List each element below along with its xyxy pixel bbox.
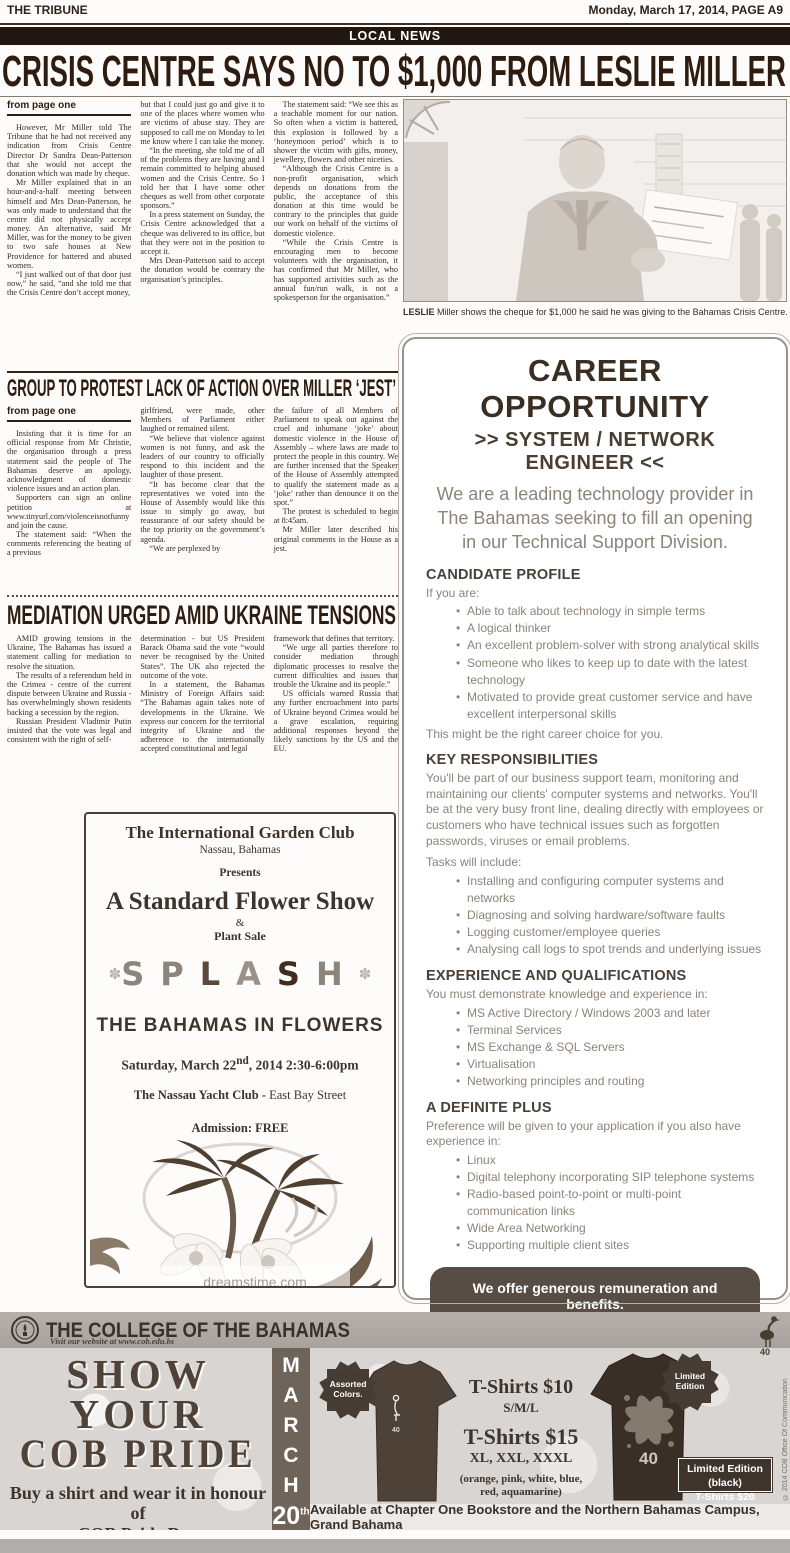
article-column: determination - but US President Barack … xyxy=(140,634,264,806)
paragraph: determination - but US President Barack … xyxy=(140,634,264,680)
paragraph: The results of a referendum held in the … xyxy=(7,671,131,717)
headline-protest: GROUP TO PROTEST LACK OF ACTION OVER MIL… xyxy=(7,375,398,403)
paragraph: The protest is scheduled to begin at 8:4… xyxy=(274,507,398,525)
paragraph: “While the Crisis Centre is encouraging … xyxy=(274,238,398,302)
article-column: AMID growing tensions in the Ukraine, Th… xyxy=(7,634,131,806)
svg-text:MEDIATION URGED AMID UKRAINE T: MEDIATION URGED AMID UKRAINE TENSIONS xyxy=(7,600,396,630)
flower-show-title: A Standard Flower Show xyxy=(86,888,394,916)
article-column: from page one However, Mr Miller told Th… xyxy=(7,100,131,368)
paragraph: AMID growing tensions in the Ukraine, Th… xyxy=(7,634,131,671)
section-heading-experience: EXPERIENCE AND QUALIFICATIONS xyxy=(426,968,764,984)
paragraph: Insisting that it is time for an officia… xyxy=(7,429,131,493)
flower-icon: ✽ xyxy=(359,965,372,983)
garden-club-location: Nassau, Bahamas xyxy=(86,844,394,856)
dotted-divider xyxy=(7,595,398,597)
section-heading-candidate-profile: CANDIDATE PROFILE xyxy=(426,567,764,583)
article-column: The statement said: “We see this as a te… xyxy=(274,100,398,368)
svg-text:40: 40 xyxy=(760,1347,770,1356)
section-lead: Preference will be given to your applica… xyxy=(426,1119,764,1150)
photo-caption: LESLIE Miller shows the cheque for $1,00… xyxy=(403,307,787,317)
bullet-item: MS Active Directory / Windows 2003 and l… xyxy=(456,1005,764,1022)
show-theme: THE BAHAMAS IN FLOWERS xyxy=(86,1015,394,1037)
plant-sale-label: Plant Sale xyxy=(86,929,394,944)
section-lead: Tasks will include: xyxy=(426,855,764,871)
bullet-item: Motivated to provide great customer serv… xyxy=(456,689,764,723)
cob-pride-slogan: SHOW YOUR COB PRIDE Buy a shirt and wear… xyxy=(8,1354,268,1530)
paragraph: In a press statement on Sunday, the Cris… xyxy=(140,210,264,256)
cob-banner-header: THE COLLEGE OF THE BAHAMAS Visit our web… xyxy=(0,1312,790,1348)
bullet-item: Analysing call logs to spot trends and u… xyxy=(456,941,764,958)
section-heading-key-responsibilities: KEY RESPONSIBILITIES xyxy=(426,752,764,768)
bullet-item: Supporting multiple client sites xyxy=(456,1237,764,1254)
bullet-item: Terminal Services xyxy=(456,1022,764,1039)
bullet-list: Linux Digital telephony incorporating SI… xyxy=(456,1152,764,1254)
section-lead: You'll be part of our business support t… xyxy=(426,771,764,849)
career-title: CAREER OPPORTUNITY xyxy=(426,353,764,425)
leslie-miller-photo xyxy=(403,99,787,302)
article-crisis-centre: from page one However, Mr Miller told Th… xyxy=(7,100,398,368)
bullet-list: Able to talk about technology in simple … xyxy=(456,603,764,722)
svg-text:40: 40 xyxy=(392,1427,400,1434)
svg-text:CRISIS CENTRE SAYS NO TO $1,00: CRISIS CENTRE SAYS NO TO $1,000 FROM LES… xyxy=(2,47,786,93)
limited-edition-badge: Limited Edition xyxy=(662,1354,718,1410)
paragraph: framework that defines that territory. xyxy=(274,634,398,643)
paragraph: Mr Miller later described his original c… xyxy=(274,525,398,553)
masthead-title: THE TRIBUNE xyxy=(7,3,88,22)
paragraph: the failure of all Members of Parliament… xyxy=(274,406,398,507)
assorted-colors-badge: Assorted Colors. xyxy=(320,1362,376,1418)
article-divider xyxy=(7,371,398,373)
career-intro: We are a leading technology provider in … xyxy=(428,483,762,555)
bullet-list: Installing and configuring computer syst… xyxy=(456,873,764,958)
paragraph: “It has become clear that the representa… xyxy=(140,480,264,544)
masthead-rule xyxy=(0,23,790,25)
tshirt-prices: T-Shirts $10 S/M/L T-Shirts $15 XL, XXL,… xyxy=(458,1376,584,1499)
bullet-item: Able to talk about technology in simple … xyxy=(456,603,764,620)
splash-title: ✽SPLASH✽ xyxy=(86,955,394,993)
bullet-item: Wide Area Networking xyxy=(456,1220,764,1237)
paragraph: However, Mr Miller told The Tribune that… xyxy=(7,123,131,178)
bullet-item: A logical thinker xyxy=(456,620,764,637)
bullet-item: Radio-based point-to-point or multi-poin… xyxy=(456,1186,764,1220)
flower-icon: ✽ xyxy=(109,965,122,983)
section-banner: LOCAL NEWS xyxy=(0,27,790,45)
article-column: framework that defines that territory. “… xyxy=(274,634,398,806)
svg-text:dreamstime.com: dreamstime.com xyxy=(203,1274,306,1289)
article-column: from page one Insisting that it is time … xyxy=(7,406,131,612)
article-column: but that I could just go and give it to … xyxy=(140,100,264,368)
section-lead: If you are: xyxy=(426,586,764,602)
svg-text:40: 40 xyxy=(639,1449,658,1468)
paragraph: US officials warned Russia that any furt… xyxy=(274,689,398,753)
article-column: the failure of all Members of Parliament… xyxy=(274,406,398,612)
show-date: Saturday, March 22nd, 2014 2:30-6:00pm xyxy=(86,1055,394,1074)
benefits-line: We offer generous remuneration and benef… xyxy=(442,1280,748,1312)
career-subtitle: >> SYSTEM / NETWORK ENGINEER << xyxy=(426,429,764,475)
cob-banner-ad: THE COLLEGE OF THE BAHAMAS Visit our web… xyxy=(0,1312,790,1530)
paragraph: girlfriend, were made, other Members of … xyxy=(140,406,264,434)
cob-seal-icon xyxy=(10,1315,40,1345)
limited-edition-price-box: Limited Edition (black) T-Shirts $20 xyxy=(678,1458,772,1492)
article-ukraine: AMID growing tensions in the Ukraine, Th… xyxy=(7,634,398,806)
paragraph: “We believe that violence against women … xyxy=(140,434,264,480)
section-lead: You must demonstrate knowledge and exper… xyxy=(426,987,764,1003)
march-date-column: MARCH 20th xyxy=(272,1348,310,1530)
garden-club-ad: The International Garden Club Nassau, Ba… xyxy=(84,812,396,1288)
paragraph: Russian President Vladimir Putin insiste… xyxy=(7,717,131,745)
photo-graphic xyxy=(404,100,786,301)
garden-club-name: The International Garden Club xyxy=(86,823,394,843)
bullet-item: Logging customer/employee queries xyxy=(456,924,764,941)
section-heading-definite-plus: A DEFINITE PLUS xyxy=(426,1100,764,1116)
headline-ukraine: MEDIATION URGED AMID UKRAINE TENSIONS xyxy=(7,600,398,631)
section-footer: This might be the right career choice fo… xyxy=(426,727,764,743)
paragraph: In a statement, the Bahamas Ministry of … xyxy=(140,680,264,754)
show-venue: The Nassau Yacht Club - East Bay Street xyxy=(86,1088,394,1103)
svg-text:GROUP TO PROTEST LACK OF ACTIO: GROUP TO PROTEST LACK OF ACTION OVER MIL… xyxy=(7,375,396,402)
ampersand: & xyxy=(86,917,394,929)
cob-tagline: Visit our website at www.cob.edu.bs xyxy=(50,1336,174,1346)
paragraph: “We urge all parties therefore to consid… xyxy=(274,643,398,689)
article-column: girlfriend, were made, other Members of … xyxy=(140,406,264,612)
buy-line: Buy a shirt and wear it in honour of xyxy=(10,1483,266,1524)
bullet-item: Networking principles and routing xyxy=(456,1073,764,1090)
paragraph: The statement said: “We see this as a te… xyxy=(274,100,398,164)
paragraph: but that I could just go and give it to … xyxy=(140,100,264,146)
bullet-item: Virtualisation xyxy=(456,1056,764,1073)
presents-label: Presents xyxy=(86,867,394,879)
banner-copyright: © 2014 COB Office Of Communication xyxy=(782,1370,789,1500)
paragraph: “I just walked out of that door just now… xyxy=(7,270,131,298)
kicker: from page one xyxy=(7,406,131,422)
availability-strip: Available at Chapter One Bookstore and t… xyxy=(310,1504,790,1530)
bullet-item: Digital telephony incorporating SIP tele… xyxy=(456,1169,764,1186)
paragraph: Mrs Dean-Patterson said to accept the do… xyxy=(140,256,264,284)
paragraph: The statement said: “When the comments r… xyxy=(7,530,131,558)
paragraph: Supporters can sign an online petition a… xyxy=(7,493,131,530)
bullet-item: Diagnosing and solving hardware/software… xyxy=(456,907,764,924)
paragraph: “In the meeting, she told me of all of t… xyxy=(140,146,264,210)
masthead-date: Monday, March 17, 2014, PAGE A9 xyxy=(588,3,783,22)
bullet-item: Linux xyxy=(456,1152,764,1169)
bullet-item: Installing and configuring computer syst… xyxy=(456,873,764,907)
buy-line: COB Pride Day xyxy=(78,1524,199,1530)
palm-trees-graphic: dreamstime.com xyxy=(86,1140,394,1289)
bullet-list: MS Active Directory / Windows 2003 and l… xyxy=(456,1005,764,1090)
paragraph: “We are perplexed by xyxy=(140,544,264,553)
paragraph: “Although the Crisis Centre is a non-pro… xyxy=(274,164,398,238)
bullet-item: An excellent problem-solver with strong … xyxy=(456,637,764,654)
flamingo-40-icon: 40 xyxy=(754,1314,782,1361)
article-protest: from page one Insisting that it is time … xyxy=(7,406,398,612)
headline-rule xyxy=(0,96,790,97)
kicker: from page one xyxy=(7,100,131,116)
bullet-item: MS Exchange & SQL Servers xyxy=(456,1039,764,1056)
admission-label: Admission: FREE xyxy=(86,1121,394,1136)
bullet-item: Someone who likes to keep up to date wit… xyxy=(456,655,764,689)
masthead: THE TRIBUNE Monday, March 17, 2014, PAGE… xyxy=(7,3,783,22)
headline-crisis-centre: CRISIS CENTRE SAYS NO TO $1,000 FROM LES… xyxy=(2,46,788,93)
career-opportunity-ad: CAREER OPPORTUNITY >> SYSTEM / NETWORK E… xyxy=(402,337,788,1300)
newspaper-page: THE TRIBUNE Monday, March 17, 2014, PAGE… xyxy=(0,0,790,1553)
paragraph: Mr Miller explained that in an hour-and-… xyxy=(7,178,131,270)
page-bottom-band xyxy=(0,1539,790,1553)
